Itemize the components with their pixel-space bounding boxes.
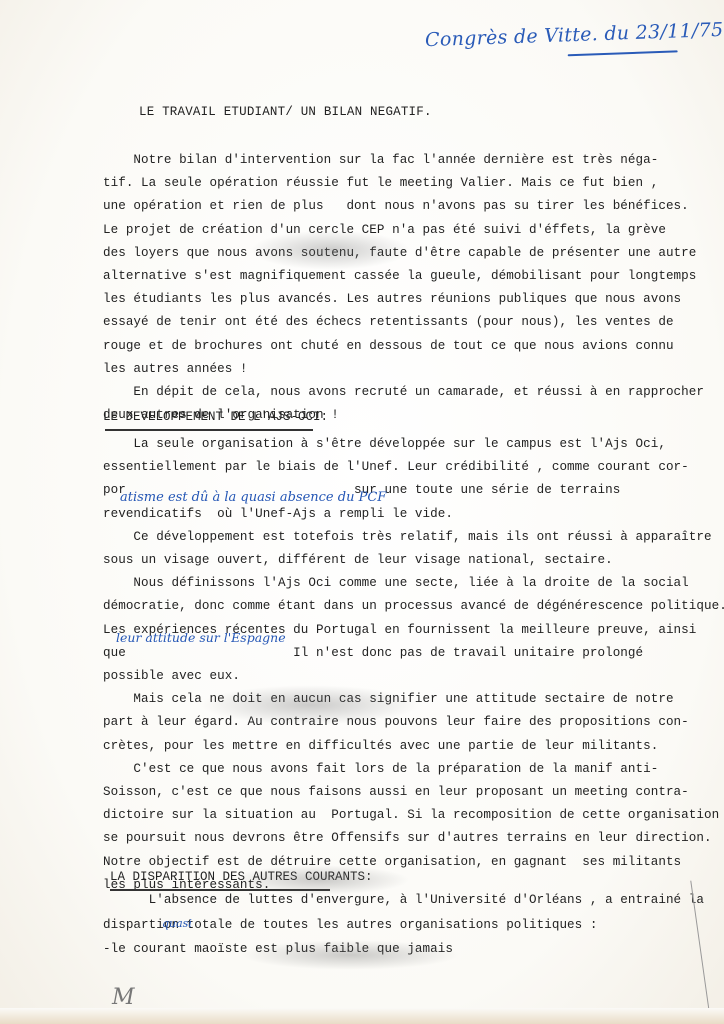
handwritten-insert-pcf: atisme est dû à la quasi absence du PCF	[120, 490, 386, 505]
section-heading-ajs-oci: LE DEVELOPPEMENT DE L'AJS-OCI:	[103, 410, 328, 424]
text-line: Nous définissons l'Ajs Oci comme une sec…	[103, 576, 689, 590]
document-title: LE TRAVAIL ETUDIANT/ UN BILAN NEGATIF.	[139, 105, 432, 119]
text-line: tif. La seule opération réussie fut le m…	[103, 176, 658, 190]
text-line: rouge et de brochures ont chuté en desso…	[103, 339, 674, 353]
header-note-text: Congrès de Vitte. du 23/11/75	[425, 19, 724, 51]
text-line: les autres années !	[103, 362, 248, 376]
text-line: Soisson, c'est ce que nous faisons aussi…	[103, 785, 689, 799]
header-note-underline	[568, 50, 678, 56]
text-line: En dépit de cela, nous avons recruté un …	[103, 385, 704, 399]
text-line: Ce développement est totefois très relat…	[103, 530, 712, 544]
text-line: C'est ce que nous avons fait lors de la …	[103, 762, 658, 776]
text-line: que Il n'est donc pas de travail unitair…	[103, 646, 643, 660]
text-line: les étudiants les plus avancés. Les autr…	[103, 292, 681, 306]
text-line: crètes, pour les mettre en difficultés a…	[103, 739, 658, 753]
text-line: Notre objectif est de détruire cette org…	[103, 855, 681, 869]
text-line: sous un visage ouvert, différent de leur…	[103, 553, 613, 567]
text-line: dictoire sur la situation au Portugal. S…	[103, 808, 719, 822]
page-bottom-edge	[0, 1008, 724, 1024]
text-line: revendicatifs où l'Unef-Ajs a rempli le …	[103, 507, 453, 521]
ink-smudge	[250, 230, 410, 270]
text-line: se poursuit nous devrons être Offensifs …	[103, 831, 712, 845]
text-line: une opération et rien de plus dont nous …	[103, 199, 689, 213]
text-line: La seule organisation à s'être développé…	[103, 437, 666, 451]
text-line: démocratie, donc comme étant dans un pro…	[103, 599, 724, 613]
margin-mark: M	[112, 985, 135, 1010]
text-line: Notre bilan d'intervention sur la fac l'…	[103, 153, 658, 167]
section-heading-underline	[105, 429, 313, 431]
ink-smudge	[240, 940, 460, 970]
scanned-page: Congrès de Vitte. du 23/11/75 LE TRAVAIL…	[0, 0, 724, 1024]
text-line: alternative s'est magnifiquement cassée …	[103, 269, 696, 283]
text-line: essentiellement par le biais de l'Unef. …	[103, 460, 689, 474]
text-line: L'absence de luttes d'envergure, à l'Uni…	[103, 893, 704, 907]
ink-smudge	[230, 865, 410, 895]
handwritten-header-note: Congrès de Vitte. du 23/11/75	[425, 19, 724, 51]
ink-smudge	[200, 685, 420, 725]
text-line: essayé de tenir ont été des échecs reten…	[103, 315, 674, 329]
handwritten-insert-espagne: leur attitude sur l'Espagne	[116, 630, 286, 645]
text-line: possible avec eux.	[103, 669, 240, 683]
handwritten-insert-quasi: quasi	[162, 917, 192, 930]
